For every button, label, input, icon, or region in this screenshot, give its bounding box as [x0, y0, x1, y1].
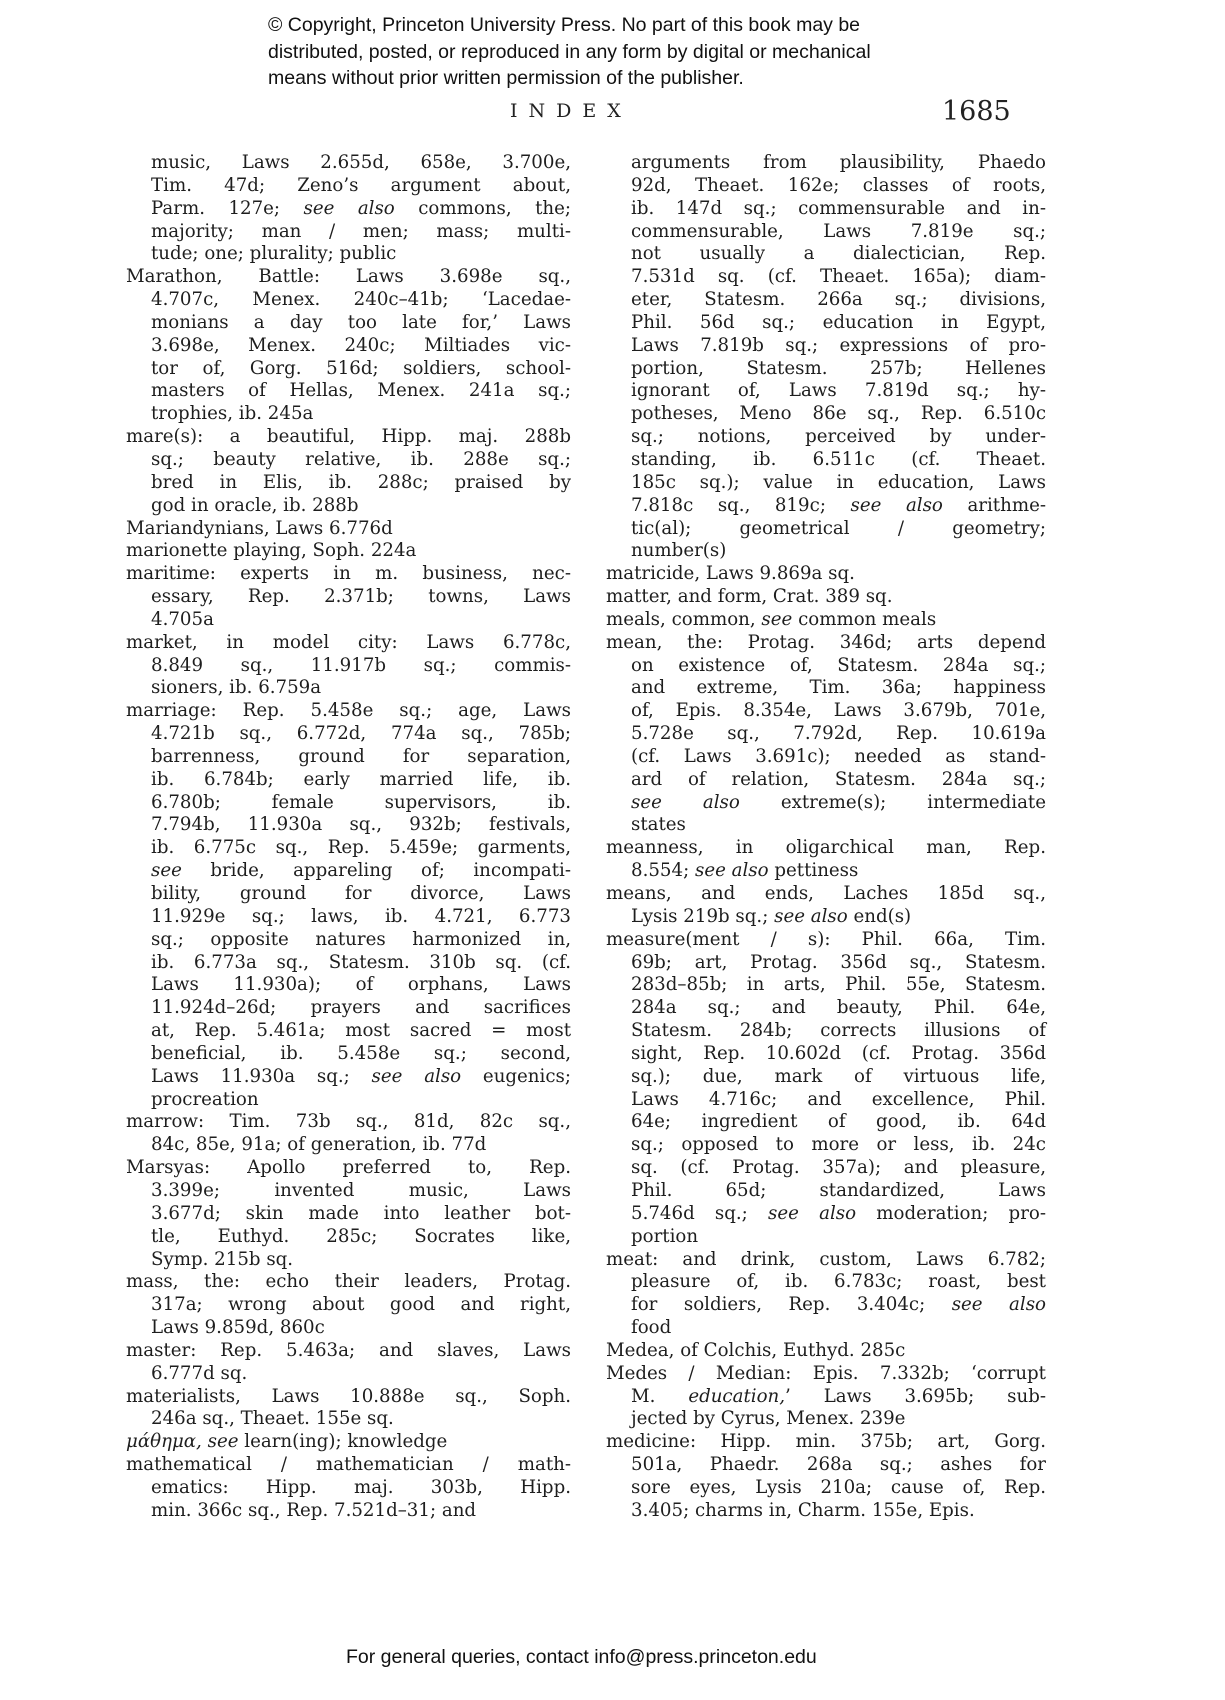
index-entry-line: ematics: Hipp. maj. 303b, Hipp. — [126, 1477, 571, 1500]
index-entry-line: 6.780b; female supervisors, ib. — [126, 792, 571, 815]
index-entry-line: Laws 11.930a sq.; see also eugenics; — [126, 1066, 571, 1089]
index-entry-line: μάθημα, see learn(ing); knowledge — [126, 1431, 571, 1454]
index-entry-line: bility, ground for divorce, Laws — [126, 883, 571, 906]
copyright-line: distributed, posted, or reproduced in an… — [268, 39, 988, 66]
index-entry-line: music, Laws 2.655d, 658e, 3.700e, — [126, 152, 571, 175]
index-entry-line: food — [606, 1317, 1046, 1340]
index-entry-line: maritime: experts in m. business, nec- — [126, 563, 571, 586]
index-entry-line: and extreme, Tim. 36a; happiness — [606, 677, 1046, 700]
index-entry-line: essary, Rep. 2.371b; towns, Laws — [126, 586, 571, 609]
index-entry-line: 284a sq.; and beauty, Phil. 64e, — [606, 997, 1046, 1020]
index-entry-line: market, in model city: Laws 6.778c, — [126, 632, 571, 655]
index-entry: mean, the: Protag. 346d; arts dependon e… — [606, 632, 1046, 838]
index-entry: materialists, Laws 10.888e sq., Soph.246… — [126, 1386, 571, 1432]
index-entry-line: 8.849 sq., 11.917b sq.; commis- — [126, 655, 571, 678]
index-entry-line: matricide, Laws 9.869a sq. — [606, 563, 1046, 586]
index-entry-line: 7.794b, 11.930a sq., 932b; festivals, — [126, 814, 571, 837]
index-entry-line: means, and ends, Laches 185d sq., — [606, 883, 1046, 906]
index-entry: master: Rep. 5.463a; and slaves, Laws6.7… — [126, 1340, 571, 1386]
index-entry: maritime: experts in m. business, nec-es… — [126, 563, 571, 632]
index-entry-line: 3.399e; invented music, Laws — [126, 1180, 571, 1203]
index-entry-line: of, Epis. 8.354e, Laws 3.679b, 701e, — [606, 700, 1046, 723]
index-entry-line: 4.721b sq., 6.772d, 774a sq., 785b; — [126, 723, 571, 746]
index-entry-line: Phil. 65d; standardized, Laws — [606, 1180, 1046, 1203]
index-entry: market, in model city: Laws 6.778c,8.849… — [126, 632, 571, 701]
index-entry-line: 7.531d sq. (cf. Theaet. 165a); diam- — [606, 266, 1046, 289]
index-entry-line: marrow: Tim. 73b sq., 81d, 82c sq., — [126, 1111, 571, 1134]
index-entry-line: Statesm. 284b; corrects illusions of — [606, 1020, 1046, 1043]
index-entry-line: commensurable, Laws 7.819e sq.; — [606, 221, 1046, 244]
index-entry-line: ib. 6.784b; early married life, ib. — [126, 769, 571, 792]
index-column-right: arguments from plausibility, Phaedo92d, … — [606, 152, 1046, 1523]
index-entry-line: 6.777d sq. — [126, 1363, 571, 1386]
index-entry: measure(ment / s): Phil. 66a, Tim.69b; a… — [606, 929, 1046, 1249]
index-entry-line: jected by Cyrus, Menex. 239e — [606, 1408, 1046, 1431]
index-entry-line: meals, common, see common meals — [606, 609, 1046, 632]
index-entry: medicine: Hipp. min. 375b; art, Gorg.501… — [606, 1431, 1046, 1522]
index-entry: Marathon, Battle: Laws 3.698e sq.,4.707c… — [126, 266, 571, 426]
index-entry: marriage: Rep. 5.458e sq.; age, Laws4.72… — [126, 700, 571, 1111]
index-entry-line: ignorant of, Laws 7.819d sq.; hy- — [606, 380, 1046, 403]
index-entry-line: Medea, of Colchis, Euthyd. 285c — [606, 1340, 1046, 1363]
index-entry-line: pleasure of, ib. 6.783c; roast, best — [606, 1271, 1046, 1294]
index-entry-line: tic(al); geometrical / geometry; — [606, 518, 1046, 541]
index-entry: matricide, Laws 9.869a sq. — [606, 563, 1046, 586]
index-entry-line: 7.818c sq., 819c; see also arithme- — [606, 495, 1046, 518]
index-entry-line: bred in Elis, ib. 288c; praised by — [126, 472, 571, 495]
index-entry: meanness, in oligarchical man, Rep.8.554… — [606, 837, 1046, 883]
index-entry-line: god in oracle, ib. 288b — [126, 495, 571, 518]
index-entry: arguments from plausibility, Phaedo92d, … — [606, 152, 1046, 563]
index-entry-line: standing, ib. 6.511c (cf. Theaet. — [606, 449, 1046, 472]
copyright-line: means without prior written permission o… — [268, 65, 988, 92]
index-entry-line: Tim. 47d; Zeno’s argument about, — [126, 175, 571, 198]
index-entry-line: tle, Euthyd. 285c; Socrates like, — [126, 1226, 571, 1249]
index-entry-line: for soldiers, Rep. 3.404c; see also — [606, 1294, 1046, 1317]
index-entry-line: master: Rep. 5.463a; and slaves, Laws — [126, 1340, 571, 1363]
index-entry-line: potheses, Meno 86e sq., Rep. 6.510c — [606, 403, 1046, 426]
index-entry-line: meanness, in oligarchical man, Rep. — [606, 837, 1046, 860]
index-entry-line: ib. 6.775c sq., Rep. 5.459e; garments, — [126, 837, 571, 860]
index-entry-line: sq.; notions, perceived by under- — [606, 426, 1046, 449]
footer-contact: For general queries, contact info@press.… — [346, 1646, 817, 1669]
index-entry-line: majority; man / men; mass; multi- — [126, 221, 571, 244]
index-entry-line: mare(s): a beautiful, Hipp. maj. 288b — [126, 426, 571, 449]
index-entry-line: sq.); due, mark of virtuous life, — [606, 1066, 1046, 1089]
index-entry-line: on existence of, Statesm. 284a sq.; — [606, 655, 1046, 678]
index-entry-line: 92d, Theaet. 162e; classes of roots, — [606, 175, 1046, 198]
index-entry-line: Laws 4.716c; and excellence, Phil. — [606, 1089, 1046, 1112]
index-entry: Marsyas: Apollo preferred to, Rep.3.399e… — [126, 1157, 571, 1271]
index-entry-line: measure(ment / s): Phil. 66a, Tim. — [606, 929, 1046, 952]
index-entry: Medea, of Colchis, Euthyd. 285c — [606, 1340, 1046, 1363]
index-entry-line: number(s) — [606, 540, 1046, 563]
index-entry-line: tude; one; plurality; public — [126, 243, 571, 266]
index-entry-line: Marathon, Battle: Laws 3.698e sq., — [126, 266, 571, 289]
index-entry-line: ib. 147d sq.; commensurable and in- — [606, 198, 1046, 221]
index-entry-line: sq. (cf. Protag. 357a); and pleasure, — [606, 1157, 1046, 1180]
index-entry-line: mathematical / mathematician / math- — [126, 1454, 571, 1477]
index-entry-line: Laws 7.819b sq.; expressions of pro- — [606, 335, 1046, 358]
index-entry-line: 4.705a — [126, 609, 571, 632]
index-entry-line: ard of relation, Statesm. 284a sq.; — [606, 769, 1046, 792]
index-entry-line: 3.698e, Menex. 240c; Miltiades vic- — [126, 335, 571, 358]
index-entry-line: mass, the: echo their leaders, Protag. — [126, 1271, 571, 1294]
index-entry-line: sight, Rep. 10.602d (cf. Protag. 356d — [606, 1043, 1046, 1066]
index-entry-line: 283d–85b; in arts, Phil. 55e, Statesm. — [606, 974, 1046, 997]
index-entry-line: (cf. Laws 3.691c); needed as stand- — [606, 746, 1046, 769]
index-entry-line: Parm. 127e; see also commons, the; — [126, 198, 571, 221]
index-entry: Medes / Median: Epis. 7.332b; ‘corruptM.… — [606, 1363, 1046, 1432]
index-entry-line: Lysis 219b sq.; see also end(s) — [606, 906, 1046, 929]
index-entry-line: ib. 6.773a sq., Statesm. 310b sq. (cf. — [126, 952, 571, 975]
running-head: INDEX — [510, 100, 632, 122]
index-entry-line: portion, Statesm. 257b; Hellenes — [606, 358, 1046, 381]
index-entry: meat: and drink, custom, Laws 6.782;plea… — [606, 1249, 1046, 1340]
index-entry-line: 185c sq.); value in education, Laws — [606, 472, 1046, 495]
index-entry-line: procreation — [126, 1089, 571, 1112]
index-entry-line: see also extreme(s); intermediate — [606, 792, 1046, 815]
index-entry-line: 5.746d sq.; see also moderation; pro- — [606, 1203, 1046, 1226]
index-entry-line: materialists, Laws 10.888e sq., Soph. — [126, 1386, 571, 1409]
index-entry-line: 4.707c, Menex. 240c–41b; ‘Lacedae- — [126, 289, 571, 312]
index-entry-line: tor of, Gorg. 516d; soldiers, school- — [126, 358, 571, 381]
index-entry-line: barrenness, ground for separation, — [126, 746, 571, 769]
index-entry-line: 317a; wrong about good and right, — [126, 1294, 571, 1317]
index-entry: mare(s): a beautiful, Hipp. maj. 288bsq.… — [126, 426, 571, 517]
index-entry-line: meat: and drink, custom, Laws 6.782; — [606, 1249, 1046, 1272]
index-entry-line: min. 366c sq., Rep. 7.521d–31; and — [126, 1500, 571, 1523]
index-entry-line: Laws 11.930a); of orphans, Laws — [126, 974, 571, 997]
index-entry-line: 64e; ingredient of good, ib. 64d — [606, 1111, 1046, 1134]
index-entry-line: sore eyes, Lysis 210a; cause of, Rep. — [606, 1477, 1046, 1500]
index-entry-line: marionette playing, Soph. 224a — [126, 540, 571, 563]
index-entry-line: beneficial, ib. 5.458e sq.; second, — [126, 1043, 571, 1066]
index-entry-line: sq.; opposed to more or less, ib. 24c — [606, 1134, 1046, 1157]
index-entry: marionette playing, Soph. 224a — [126, 540, 571, 563]
index-entry-line: Marsyas: Apollo preferred to, Rep. — [126, 1157, 571, 1180]
index-entry: mass, the: echo their leaders, Protag.31… — [126, 1271, 571, 1340]
index-entry-line: Symp. 215b sq. — [126, 1249, 571, 1272]
index-entry: music, Laws 2.655d, 658e, 3.700e,Tim. 47… — [126, 152, 571, 266]
index-entry-line: matter, and form, Crat. 389 sq. — [606, 586, 1046, 609]
index-entry-line: Phil. 56d sq.; education in Egypt, — [606, 312, 1046, 335]
copyright-line: © Copyright, Princeton University Press.… — [268, 12, 988, 39]
index-entry-line: 11.924d–26d; prayers and sacrifices — [126, 997, 571, 1020]
index-entry-line: 5.728e sq., 7.792d, Rep. 10.619a — [606, 723, 1046, 746]
index-entry-line: see bride, appareling of; incompati- — [126, 860, 571, 883]
index-entry-line: trophies, ib. 245a — [126, 403, 571, 426]
index-entry-line: Laws 9.859d, 860c — [126, 1317, 571, 1340]
index-entry: means, and ends, Laches 185d sq.,Lysis 2… — [606, 883, 1046, 929]
index-entry-line: 84c, 85e, 91a; of generation, ib. 77d — [126, 1134, 571, 1157]
index-entry: marrow: Tim. 73b sq., 81d, 82c sq.,84c, … — [126, 1111, 571, 1157]
index-entry-line: 11.929e sq.; laws, ib. 4.721, 6.773 — [126, 906, 571, 929]
index-entry-line: sioners, ib. 6.759a — [126, 677, 571, 700]
index-entry-line: portion — [606, 1226, 1046, 1249]
index-entry-line: 8.554; see also pettiness — [606, 860, 1046, 883]
index-entry-line: 3.677d; skin made into leather bot- — [126, 1203, 571, 1226]
page-number: 1685 — [942, 96, 1011, 127]
index-entry-line: sq.; opposite natures harmonized in, — [126, 929, 571, 952]
index-column-left: music, Laws 2.655d, 658e, 3.700e,Tim. 47… — [126, 152, 571, 1523]
index-entry-line: marriage: Rep. 5.458e sq.; age, Laws — [126, 700, 571, 723]
index-entry: mathematical / mathematician / math-emat… — [126, 1454, 571, 1523]
index-entry-line: sq.; beauty relative, ib. 288e sq.; — [126, 449, 571, 472]
index-entry-line: arguments from plausibility, Phaedo — [606, 152, 1046, 175]
index-entry-line: 69b; art, Protag. 356d sq., Statesm. — [606, 952, 1046, 975]
index-entry-line: monians a day too late for,’ Laws — [126, 312, 571, 335]
index-entry-line: masters of Hellas, Menex. 241a sq.; — [126, 380, 571, 403]
index-entry-line: 246a sq., Theaet. 155e sq. — [126, 1408, 571, 1431]
index-entry: Mariandynians, Laws 6.776d — [126, 518, 571, 541]
index-entry-line: not usually a dialectician, Rep. — [606, 243, 1046, 266]
index-entry-line: 3.405; charms in, Charm. 155e, Epis. — [606, 1500, 1046, 1523]
index-entry-line: eter, Statesm. 266a sq.; divisions, — [606, 289, 1046, 312]
index-entry-line: Mariandynians, Laws 6.776d — [126, 518, 571, 541]
index-entry-line: Medes / Median: Epis. 7.332b; ‘corrupt — [606, 1363, 1046, 1386]
copyright-notice: © Copyright, Princeton University Press.… — [268, 12, 988, 92]
index-entry: meals, common, see common meals — [606, 609, 1046, 632]
index-entry: μάθημα, see learn(ing); knowledge — [126, 1431, 571, 1454]
index-entry-line: at, Rep. 5.461a; most sacred = most — [126, 1020, 571, 1043]
index-entry-line: states — [606, 814, 1046, 837]
index-entry-line: M. education,’ Laws 3.695b; sub- — [606, 1386, 1046, 1409]
index-entry-line: mean, the: Protag. 346d; arts depend — [606, 632, 1046, 655]
index-entry-line: medicine: Hipp. min. 375b; art, Gorg. — [606, 1431, 1046, 1454]
index-entry-line: 501a, Phaedr. 268a sq.; ashes for — [606, 1454, 1046, 1477]
index-entry: matter, and form, Crat. 389 sq. — [606, 586, 1046, 609]
